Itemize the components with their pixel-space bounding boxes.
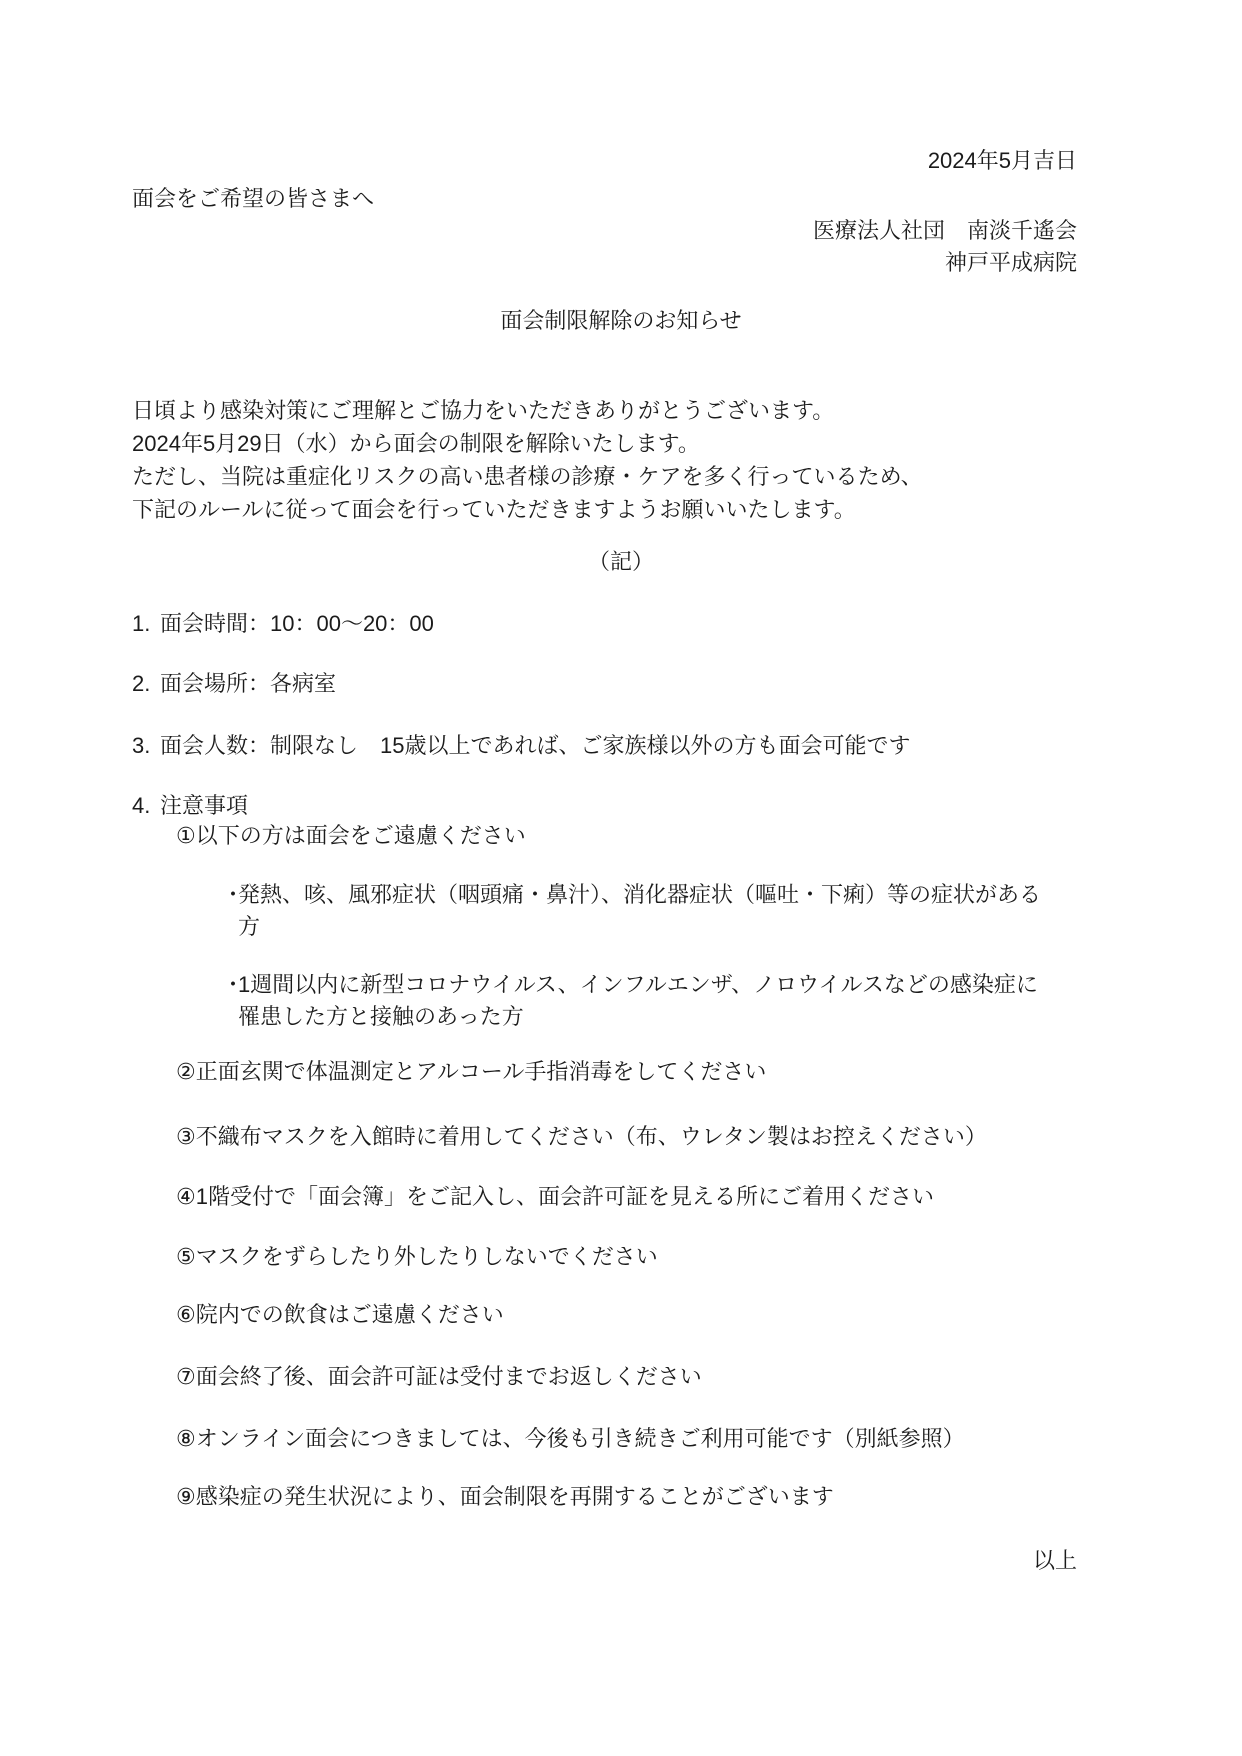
closing-marker: 以上 — [132, 1546, 1077, 1576]
precaution-text: 感染症の発生状況により、面会制限を再開することがございます — [196, 1484, 834, 1509]
precaution-3: ③不織布マスクを入館時に着用してください（布、ウレタン製はお控えください） — [132, 1122, 1077, 1152]
precaution-label: ⑨ — [176, 1484, 196, 1509]
precaution-label: ② — [176, 1059, 196, 1084]
precaution-text: 不織布マスクを入館時に着用してください（布、ウレタン製はお控えください） — [196, 1124, 987, 1149]
sender-hospital: 神戸平成病院 — [132, 248, 1077, 278]
item-number: 3. — [132, 731, 160, 761]
precaution-text: 以下の方は面会をご遠慮ください — [196, 823, 526, 848]
item-text: 面会時間：10：00～20：00 — [160, 611, 434, 636]
item-number: 1. — [132, 609, 160, 639]
precaution-6: ⑥院内での飲食はご遠慮ください — [132, 1300, 1077, 1330]
notice-document-page: 2024年5月吉日 面会をご希望の皆さまへ 医療法人社団 南淡千遙会 神戸平成病… — [0, 0, 1242, 1756]
precaution-2: ②正面玄関で体温測定とアルコール手指消毒をしてください — [132, 1057, 1077, 1087]
item-text: 注意事項 — [160, 793, 248, 818]
precaution-label: ③ — [176, 1124, 196, 1149]
item-number: 2. — [132, 669, 160, 699]
precaution-text: 院内での飲食はご遠慮ください — [196, 1302, 504, 1327]
precaution-label: ④ — [176, 1184, 196, 1209]
intro-line: 下記のルールに従って面会を行っていただきますようお願いいたします。 — [132, 493, 1077, 526]
record-marker: （記） — [0, 547, 1242, 577]
document-date: 2024年5月吉日 — [132, 146, 1077, 176]
precaution-1: ①以下の方は面会をご遠慮ください — [132, 821, 1077, 851]
precaution-text: オンライン面会につきましては、今後も引き続きご利用可能です（別紙参照） — [196, 1426, 965, 1451]
bullet-dot: ・ — [222, 879, 244, 911]
intro-paragraph: 日頃より感染対策にご理解とご協力をいただきありがとうございます。 2024年5月… — [132, 394, 1077, 526]
bullet-line: 発熱、咳、風邪症状（咽頭痛・鼻汁）、消化器症状（嘔吐・下痢）等の症状がある — [238, 879, 1077, 911]
sender-organization: 医療法人社団 南淡千遙会 — [132, 216, 1077, 246]
precaution-label: ⑦ — [176, 1364, 196, 1389]
precaution-5: ⑤マスクをずらしたり外したりしないでください — [132, 1242, 1077, 1272]
symptom-bullet: ・ 発熱、咳、風邪症状（咽頭痛・鼻汁）、消化器症状（嘔吐・下痢）等の症状がある … — [132, 879, 1077, 943]
item-number: 4. — [132, 791, 160, 821]
intro-line: ただし、当院は重症化リスクの高い患者様の診療・ケアを多く行っているため、 — [132, 460, 1077, 493]
precaution-text: 面会終了後、面会許可証は受付までお返しください — [196, 1364, 702, 1389]
precaution-label: ⑧ — [176, 1426, 196, 1451]
intro-line: 2024年5月29日（水）から面会の制限を解除いたします。 — [132, 427, 1077, 460]
precaution-8: ⑧オンライン面会につきましては、今後も引き続きご利用可能です（別紙参照） — [132, 1424, 1077, 1454]
precaution-7: ⑦面会終了後、面会許可証は受付までお返しください — [132, 1362, 1077, 1392]
precaution-text: 正面玄関で体温測定とアルコール手指消毒をしてください — [196, 1059, 767, 1084]
precaution-label: ⑤ — [176, 1244, 196, 1269]
bullet-line: 1週間以内に新型コロナウイルス、インフルエンザ、ノロウイルスなどの感染症に — [238, 969, 1077, 1001]
recipient-line: 面会をご希望の皆さまへ — [132, 184, 1077, 214]
item-text: 面会人数：制限なし 15歳以上であれば、ご家族様以外の方も面会可能です — [160, 733, 910, 758]
intro-line: 日頃より感染対策にご理解とご協力をいただきありがとうございます。 — [132, 394, 1077, 427]
item-text: 面会場所：各病室 — [160, 671, 336, 696]
precaution-label: ① — [176, 823, 196, 848]
precaution-9: ⑨感染症の発生状況により、面会制限を再開することがございます — [132, 1482, 1077, 1512]
bullet-dot: ・ — [222, 969, 244, 1001]
numbered-item-3: 3.面会人数：制限なし 15歳以上であれば、ご家族様以外の方も面会可能です — [132, 731, 1077, 761]
precaution-text: 1階受付で「面会簿」をご記入し、面会許可証を見える所にご着用ください — [196, 1184, 934, 1209]
bullet-line: 罹患した方と接触のあった方 — [238, 1001, 1077, 1033]
numbered-item-2: 2.面会場所：各病室 — [132, 669, 1077, 699]
precaution-label: ⑥ — [176, 1302, 196, 1327]
bullet-line: 方 — [238, 911, 1077, 943]
numbered-item-4: 4.注意事項 — [132, 791, 1077, 821]
document-title: 面会制限解除のお知らせ — [0, 306, 1242, 336]
precaution-text: マスクをずらしたり外したりしないでください — [196, 1244, 658, 1269]
contact-bullet: ・ 1週間以内に新型コロナウイルス、インフルエンザ、ノロウイルスなどの感染症に … — [132, 969, 1077, 1033]
numbered-item-1: 1.面会時間：10：00～20：00 — [132, 609, 1077, 639]
precaution-4: ④1階受付で「面会簿」をご記入し、面会許可証を見える所にご着用ください — [132, 1182, 1077, 1212]
